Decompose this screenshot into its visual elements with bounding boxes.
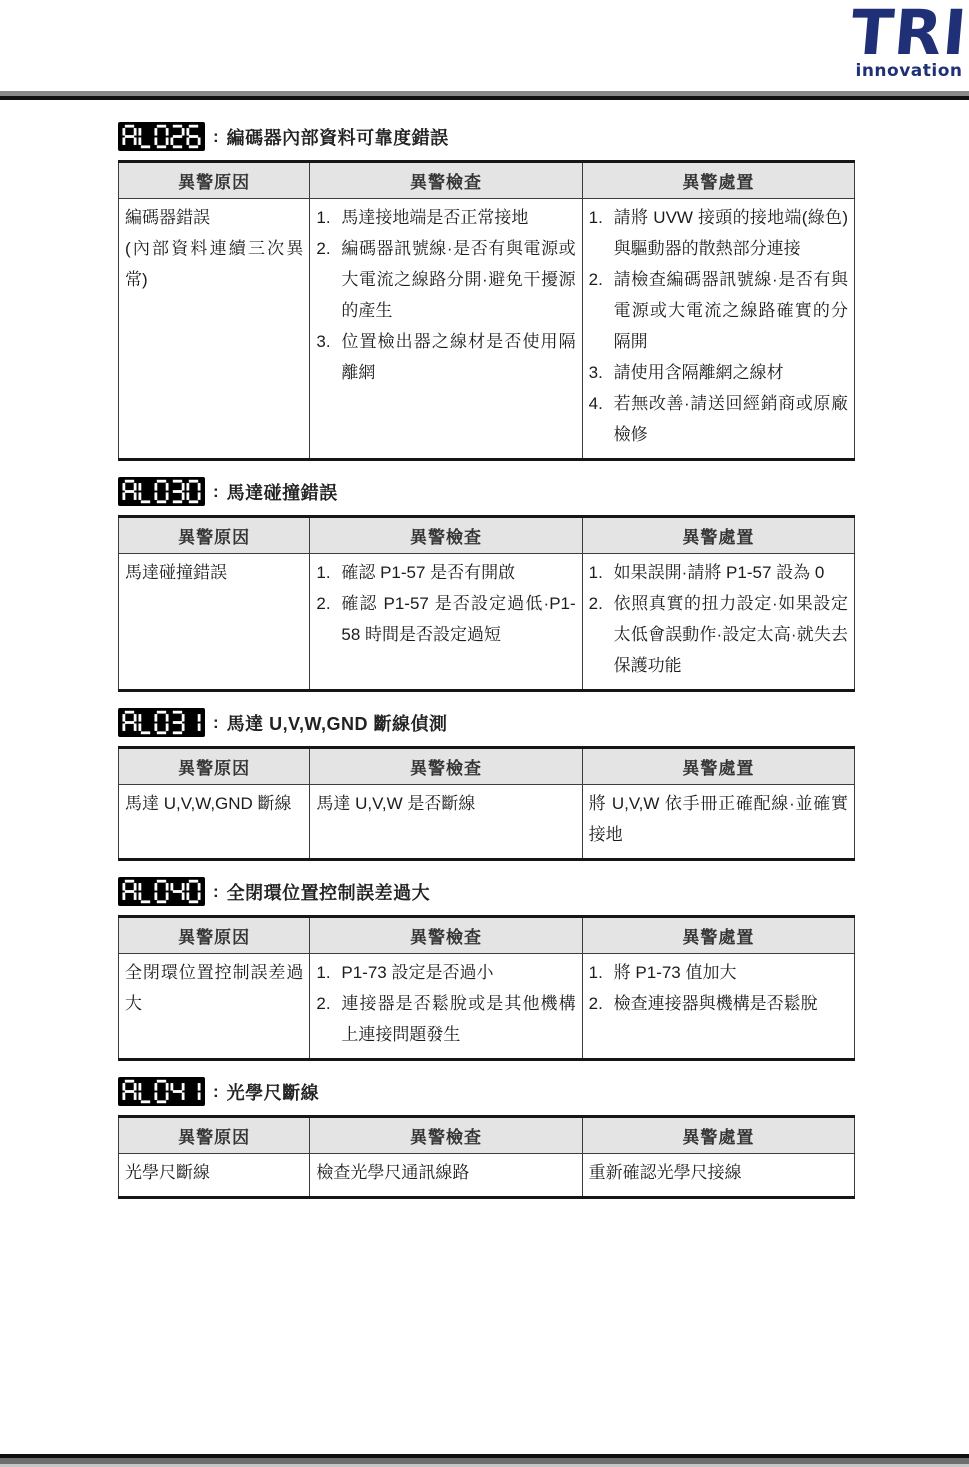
seven-segment-char xyxy=(186,124,201,149)
item-number: 2. xyxy=(589,988,614,1019)
alarm-table-header-row: 異警原因 異警檢查 異警處置 xyxy=(119,517,855,554)
item-number: 3. xyxy=(316,326,341,388)
item-number: 1. xyxy=(316,202,341,233)
cause-line: 光學尺斷線 xyxy=(125,1157,303,1188)
column-header-cause: 異警原因 xyxy=(119,917,310,954)
seven-segment-char xyxy=(170,710,185,735)
alarm-section: : 全閉環位置控制誤差過大 異警原因 異警檢查 異警處置 全閉環位置控制誤差過大… xyxy=(118,877,855,1061)
alarm-table: 異警原因 異警檢查 異警處置 馬達 U,V,W,GND 斷線 馬達 U,V,W … xyxy=(118,746,855,861)
alarm-table-header-row: 異警原因 異警檢查 異警處置 xyxy=(119,748,855,785)
alarm-table-body-row: 全閉環位置控制誤差過大 1.P1-73 設定是否過小2.連接器是否鬆脫或是其他機… xyxy=(119,954,855,1060)
item-text: 請使用含隔離網之線材 xyxy=(614,357,848,388)
cause-line: 馬達 U,V,W,GND 斷線 xyxy=(125,788,303,819)
item-text: 將 P1-73 值加大 xyxy=(614,957,848,988)
seven-segment-char xyxy=(122,710,137,735)
alarm-table-header-row: 異警原因 異警檢查 異警處置 xyxy=(119,917,855,954)
list-item: 3.位置檢出器之線材是否使用隔離網 xyxy=(316,326,575,388)
list-item: 2.依照真實的扭力設定·如果設定太低會誤動作·設定太高·就失去保護功能 xyxy=(589,588,848,681)
seven-segment-char xyxy=(138,479,153,504)
seven-segment-char xyxy=(154,710,169,735)
item-text: 馬達 U,V,W 是否斷線 xyxy=(316,788,575,819)
seven-segment-char xyxy=(122,879,137,904)
seven-segment-char xyxy=(154,1079,169,1104)
item-text: 依照真實的扭力設定·如果設定太低會誤動作·設定太高·就失去保護功能 xyxy=(614,588,848,681)
tri-logo-text: TRI xyxy=(836,0,969,66)
seven-segment-char xyxy=(170,479,185,504)
item-text: 確認 P1-57 是否有開啟 xyxy=(341,557,575,588)
alarm-section: : 馬達碰撞錯誤 異警原因 異警檢查 異警處置 馬達碰撞錯誤 1.確認 P1-5… xyxy=(118,477,855,692)
cause-cell: 馬達碰撞錯誤 xyxy=(119,554,310,691)
list-item: 2.檢查連接器與機構是否鬆脫 xyxy=(589,988,848,1019)
list-item: 2.請檢查編碼器訊號線·是否有與電源或大電流之線路確實的分隔開 xyxy=(589,264,848,357)
seven-segment-char xyxy=(154,879,169,904)
alarm-table-body-row: 馬達碰撞錯誤 1.確認 P1-57 是否有開啟2.確認 P1-57 是否設定過低… xyxy=(119,554,855,691)
column-header-action: 異警處置 xyxy=(582,162,854,199)
column-header-cause: 異警原因 xyxy=(119,1117,310,1154)
item-text: 請將 UVW 接頭的接地端(綠色)與驅動器的散熱部分連接 xyxy=(614,202,848,264)
alarm-title: 全閉環位置控制誤差過大 xyxy=(227,879,431,905)
item-number: 1. xyxy=(589,957,614,988)
item-number: 1. xyxy=(316,957,341,988)
action-cell: 1.將 P1-73 值加大2.檢查連接器與機構是否鬆脫 xyxy=(582,954,854,1060)
list-item: 4.若無改善·請送回經銷商或原廠檢修 xyxy=(589,388,848,450)
header-rule xyxy=(0,91,969,100)
seven-segment-char xyxy=(122,479,137,504)
list-item: 2.連接器是否鬆脫或是其他機構上連接問題發生 xyxy=(316,988,575,1050)
alarm-table: 異警原因 異警檢查 異警處置 全閉環位置控制誤差過大 1.P1-73 設定是否過… xyxy=(118,915,855,1061)
seven-segment-char xyxy=(170,879,185,904)
item-number: 4. xyxy=(589,388,614,450)
seven-segment-char xyxy=(186,710,201,735)
list-item: 1.確認 P1-57 是否有開啟 xyxy=(316,557,575,588)
cause-cell: 馬達 U,V,W,GND 斷線 xyxy=(119,785,310,860)
seven-segment-char xyxy=(138,879,153,904)
column-header-check: 異警檢查 xyxy=(310,1117,582,1154)
item-text: 請檢查編碼器訊號線·是否有與電源或大電流之線路確實的分隔開 xyxy=(614,264,848,357)
item-text: 重新確認光學尺接線 xyxy=(589,1157,848,1188)
cause-line: 全閉環位置控制誤差過大 xyxy=(125,957,303,1019)
seven-segment-char xyxy=(154,479,169,504)
cause-cell: 全閉環位置控制誤差過大 xyxy=(119,954,310,1060)
list-item: 重新確認光學尺接線 xyxy=(589,1157,848,1188)
alarm-table: 異警原因 異警檢查 異警處置 光學尺斷線 檢查光學尺通訊線路 重新確認光學尺接線 xyxy=(118,1115,855,1199)
list-item: 2.編碼器訊號線·是否有與電源或大電流之線路分開·避免干擾源的產生 xyxy=(316,233,575,326)
item-text: 檢查光學尺通訊線路 xyxy=(316,1157,575,1188)
check-cell: 1.P1-73 設定是否過小2.連接器是否鬆脫或是其他機構上連接問題發生 xyxy=(310,954,582,1060)
alarm-title: 光學尺斷線 xyxy=(227,1079,320,1105)
alarm-heading: : 光學尺斷線 xyxy=(118,1077,855,1106)
list-item: 檢查光學尺通訊線路 xyxy=(316,1157,575,1188)
item-text: 馬達接地端是否正常接地 xyxy=(341,202,575,233)
action-cell: 將 U,V,W 依手冊正確配線·並確實接地 xyxy=(582,785,854,860)
alarm-table-body-row: 編碼器錯誤(內部資料連續三次異常) 1.馬達接地端是否正常接地2.編碼器訊號線·… xyxy=(119,199,855,460)
item-text: 檢查連接器與機構是否鬆脫 xyxy=(614,988,848,1019)
item-text: 連接器是否鬆脫或是其他機構上連接問題發生 xyxy=(341,988,575,1050)
action-cell: 1.如果誤開·請將 P1-57 設為 02.依照真實的扭力設定·如果設定太低會誤… xyxy=(582,554,854,691)
alarm-table-header-row: 異警原因 異警檢查 異警處置 xyxy=(119,1117,855,1154)
list-item: 1.將 P1-73 值加大 xyxy=(589,957,848,988)
column-header-check: 異警檢查 xyxy=(310,917,582,954)
item-number: 1. xyxy=(589,557,614,588)
check-cell: 1.馬達接地端是否正常接地2.編碼器訊號線·是否有與電源或大電流之線路分開·避免… xyxy=(310,199,582,460)
seven-segment-char xyxy=(138,124,153,149)
seven-segment-char xyxy=(186,879,201,904)
alarm-table-body-row: 光學尺斷線 檢查光學尺通訊線路 重新確認光學尺接線 xyxy=(119,1154,855,1198)
list-item: 1.請將 UVW 接頭的接地端(綠色)與驅動器的散熱部分連接 xyxy=(589,202,848,264)
alarm-code-badge xyxy=(118,877,205,906)
cause-cell: 光學尺斷線 xyxy=(119,1154,310,1198)
check-cell: 檢查光學尺通訊線路 xyxy=(310,1154,582,1198)
alarm-title: 馬達碰撞錯誤 xyxy=(227,479,338,505)
item-number: 2. xyxy=(316,988,341,1050)
list-item: 將 U,V,W 依手冊正確配線·並確實接地 xyxy=(589,788,848,850)
item-number: 1. xyxy=(589,202,614,264)
list-item: 1.馬達接地端是否正常接地 xyxy=(316,202,575,233)
alarm-code-badge xyxy=(118,708,205,737)
alarm-heading-colon: : xyxy=(213,713,219,733)
item-text: 位置檢出器之線材是否使用隔離網 xyxy=(341,326,575,388)
alarm-section: : 光學尺斷線 異警原因 異警檢查 異警處置 光學尺斷線 檢查光學尺通訊線路 重… xyxy=(118,1077,855,1199)
check-cell: 1.確認 P1-57 是否有開啟2.確認 P1-57 是否設定過低·P1-58 … xyxy=(310,554,582,691)
alarm-list: : 編碼器內部資料可靠度錯誤 異警原因 異警檢查 異警處置 編碼器錯誤(內部資料… xyxy=(118,122,855,1215)
column-header-cause: 異警原因 xyxy=(119,517,310,554)
alarm-code-badge xyxy=(118,122,205,151)
item-text: P1-73 設定是否過小 xyxy=(341,957,575,988)
item-text: 確認 P1-57 是否設定過低·P1-58 時間是否設定過短 xyxy=(341,588,575,650)
alarm-code-badge xyxy=(118,1077,205,1106)
list-item: 馬達 U,V,W 是否斷線 xyxy=(316,788,575,819)
seven-segment-char xyxy=(122,124,137,149)
alarm-table: 異警原因 異警檢查 異警處置 馬達碰撞錯誤 1.確認 P1-57 是否有開啟2.… xyxy=(118,515,855,692)
alarm-title: 編碼器內部資料可靠度錯誤 xyxy=(227,124,449,150)
column-header-action: 異警處置 xyxy=(582,1117,854,1154)
item-text: 將 U,V,W 依手冊正確配線·並確實接地 xyxy=(589,788,848,850)
seven-segment-char xyxy=(138,1079,153,1104)
column-header-action: 異警處置 xyxy=(582,517,854,554)
alarm-table-body-row: 馬達 U,V,W,GND 斷線 馬達 U,V,W 是否斷線 將 U,V,W 依手… xyxy=(119,785,855,860)
seven-segment-char xyxy=(154,124,169,149)
column-header-check: 異警檢查 xyxy=(310,162,582,199)
alarm-code-badge xyxy=(118,477,205,506)
seven-segment-char xyxy=(170,124,185,149)
alarm-heading-colon: : xyxy=(213,882,219,902)
check-cell: 馬達 U,V,W 是否斷線 xyxy=(310,785,582,860)
alarm-heading: : 馬達碰撞錯誤 xyxy=(118,477,855,506)
cause-line: 馬達碰撞錯誤 xyxy=(125,557,303,588)
item-number: 2. xyxy=(316,233,341,326)
cause-cell: 編碼器錯誤(內部資料連續三次異常) xyxy=(119,199,310,460)
seven-segment-char xyxy=(186,1079,201,1104)
column-header-action: 異警處置 xyxy=(582,917,854,954)
seven-segment-char xyxy=(122,1079,137,1104)
alarm-heading: : 編碼器內部資料可靠度錯誤 xyxy=(118,122,855,151)
alarm-title: 馬達 U,V,W,GND 斷線偵測 xyxy=(227,710,448,736)
alarm-heading-colon: : xyxy=(213,127,219,147)
alarm-heading: : 馬達 U,V,W,GND 斷線偵測 xyxy=(118,708,855,737)
list-item: 2.確認 P1-57 是否設定過低·P1-58 時間是否設定過短 xyxy=(316,588,575,650)
item-text: 若無改善·請送回經銷商或原廠檢修 xyxy=(614,388,848,450)
alarm-heading-colon: : xyxy=(213,1082,219,1102)
alarm-table: 異警原因 異警檢查 異警處置 編碼器錯誤(內部資料連續三次異常) 1.馬達接地端… xyxy=(118,160,855,461)
cause-line: (內部資料連續三次異常) xyxy=(125,233,303,295)
footer-rule xyxy=(0,1454,969,1467)
seven-segment-char xyxy=(170,1079,185,1104)
item-number: 2. xyxy=(589,264,614,357)
action-cell: 1.請將 UVW 接頭的接地端(綠色)與驅動器的散熱部分連接2.請檢查編碼器訊號… xyxy=(582,199,854,460)
alarm-section: : 編碼器內部資料可靠度錯誤 異警原因 異警檢查 異警處置 編碼器錯誤(內部資料… xyxy=(118,122,855,461)
tri-logo: TRI innovation xyxy=(839,0,969,80)
column-header-cause: 異警原因 xyxy=(119,162,310,199)
column-header-action: 異警處置 xyxy=(582,748,854,785)
alarm-table-header-row: 異警原因 異警檢查 異警處置 xyxy=(119,162,855,199)
seven-segment-char xyxy=(138,710,153,735)
item-text: 編碼器訊號線·是否有與電源或大電流之線路分開·避免干擾源的產生 xyxy=(341,233,575,326)
list-item: 3.請使用含隔離網之線材 xyxy=(589,357,848,388)
column-header-check: 異警檢查 xyxy=(310,748,582,785)
alarm-heading: : 全閉環位置控制誤差過大 xyxy=(118,877,855,906)
item-text: 如果誤開·請將 P1-57 設為 0 xyxy=(614,557,848,588)
column-header-check: 異警檢查 xyxy=(310,517,582,554)
list-item: 1.如果誤開·請將 P1-57 設為 0 xyxy=(589,557,848,588)
item-number: 2. xyxy=(316,588,341,650)
header-rule-black xyxy=(0,96,969,100)
item-number: 2. xyxy=(589,588,614,681)
seven-segment-char xyxy=(186,479,201,504)
alarm-heading-colon: : xyxy=(213,482,219,502)
cause-line: 編碼器錯誤 xyxy=(125,202,303,233)
column-header-cause: 異警原因 xyxy=(119,748,310,785)
alarm-section: : 馬達 U,V,W,GND 斷線偵測 異警原因 異警檢查 異警處置 馬達 U,… xyxy=(118,708,855,861)
item-number: 1. xyxy=(316,557,341,588)
list-item: 1.P1-73 設定是否過小 xyxy=(316,957,575,988)
item-number: 3. xyxy=(589,357,614,388)
action-cell: 重新確認光學尺接線 xyxy=(582,1154,854,1198)
